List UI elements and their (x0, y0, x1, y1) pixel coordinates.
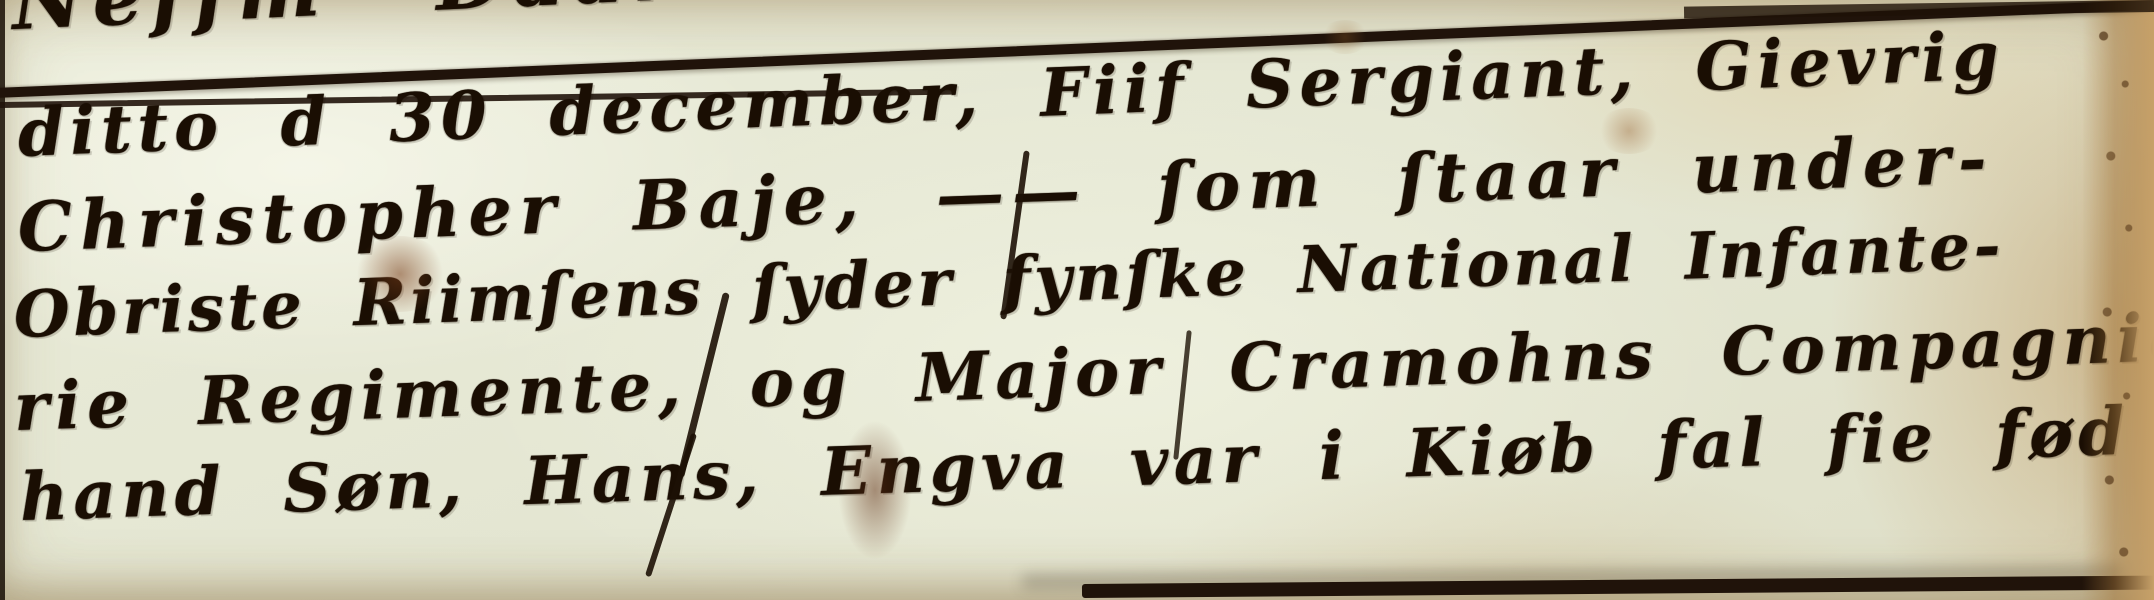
ink-stain (1320, 20, 1370, 54)
ink-stain (838, 420, 912, 560)
manuscript-page: Neſſm Daar Dore ditto d 30 december, Fii… (0, 0, 2154, 600)
page-edge (2082, 0, 2154, 600)
ink-stain (352, 236, 448, 312)
ruled-line-bottom (1082, 575, 2154, 598)
handwriting-line-top-partial: Neſſm Daar Dore (10, 0, 1038, 42)
ink-stain (1596, 108, 1662, 154)
